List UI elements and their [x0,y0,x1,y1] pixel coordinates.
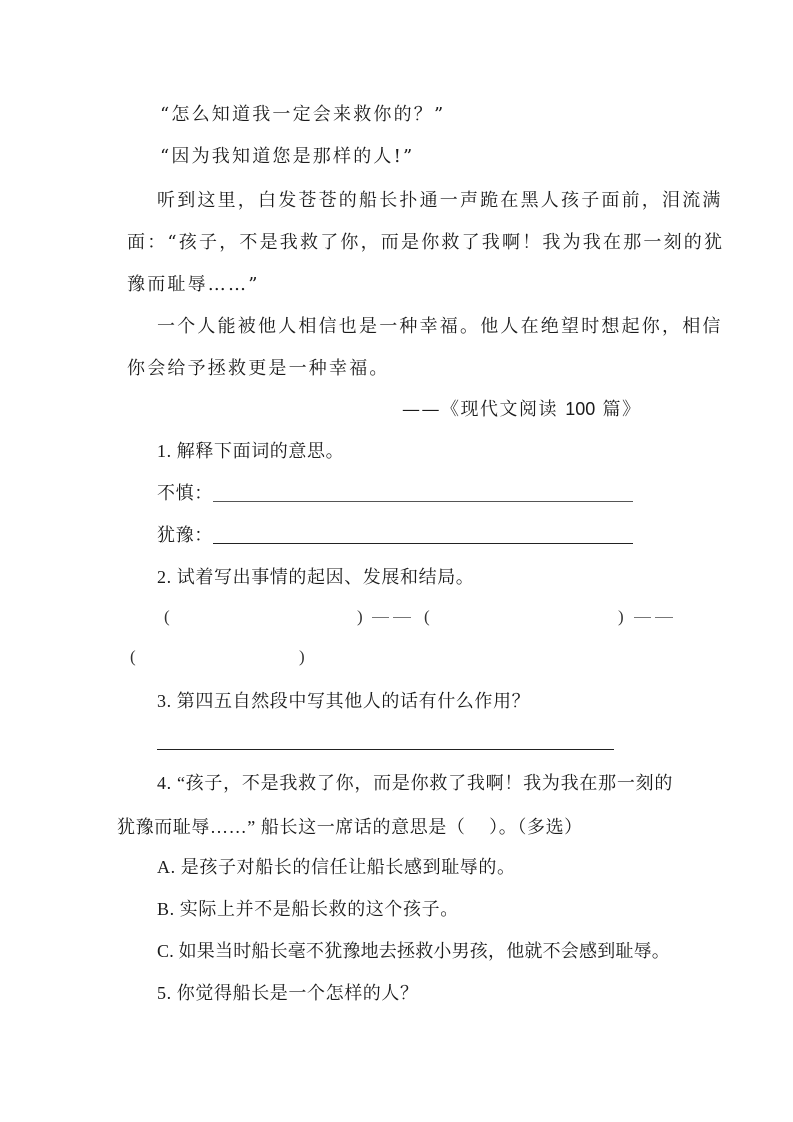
cause-paren-open: ( [164,606,170,628]
answer-line-q3[interactable] [157,749,614,750]
option-c[interactable]: C. 如果当时船长毫不犹豫地去拯救小男孩，他就不会感到耻辱。 [157,939,670,963]
arrow-dash [393,617,411,618]
passage-line-2: “因为我知道您是那样的人!” [160,145,414,169]
passage-line-5: 豫而耻辱……” [127,273,260,297]
development-paren-open: ( [424,606,430,628]
option-a[interactable]: A. 是孩子对船长的信任让船长感到耻辱的。 [157,855,516,879]
question-2-prompt: 2. 试着写出事情的起因、发展和结局。 [157,565,474,589]
question-5-prompt: 5. 你觉得船长是一个怎样的人？ [157,981,419,1005]
question-1-prompt: 1. 解释下面词的意思。 [157,439,344,463]
term-label-buxin: 不慎： [157,481,213,505]
term-label-youyu: 犹豫： [157,523,213,547]
passage-line-3: 听到这里，白发苍苍的船长扑通一声跪在黑人孩子面前，泪流满 [157,189,673,213]
question-4-prompt-line-1: 4. “孩子，不是我救了你，而是你救了我啊！我为我在那一刻的 [157,771,673,795]
answer-line-youyu[interactable] [213,543,633,544]
arrow-dash [634,617,651,618]
answer-line-buxin[interactable] [213,501,633,502]
cause-paren-close: ) [357,606,363,628]
arrow-dash [655,617,673,618]
question-3-prompt: 3. 第四五自然段中写其他人的话有什么作用？ [157,689,530,713]
document-page: “怎么知道我一定会来救你的？” “因为我知道您是那样的人!” 听到这里，白发苍苍… [0,0,793,1122]
arrow-dash [372,617,389,618]
attribution-suffix: 篇》 [595,399,641,420]
passage-line-4: 面：“孩子，不是我救了你，而是你救了我啊！我为我在那一刻的犹 [127,231,673,255]
attribution-prefix: ——《现代文阅读 [402,399,565,420]
ending-paren-open: ( [130,646,136,668]
question-4-prompt-line-2: 犹豫而耻辱……” 船长这一席话的意思是（ ）。（多选） [117,815,583,839]
option-b[interactable]: B. 实际上并不是船长救的这个孩子。 [157,897,459,921]
passage-line-6: 一个人能被他人相信也是一种幸福。他人在绝望时想起你，相信 [157,315,673,339]
passage-line-1: “怎么知道我一定会来救你的？” [160,103,445,127]
development-paren-close: ) [618,606,624,628]
ending-paren-close: ) [299,646,305,668]
attribution: ——《现代文阅读 100 篇》 [402,397,642,421]
passage-line-7: 你会给予拯救更是一种幸福。 [127,357,390,381]
attribution-number: 100 [565,399,595,419]
